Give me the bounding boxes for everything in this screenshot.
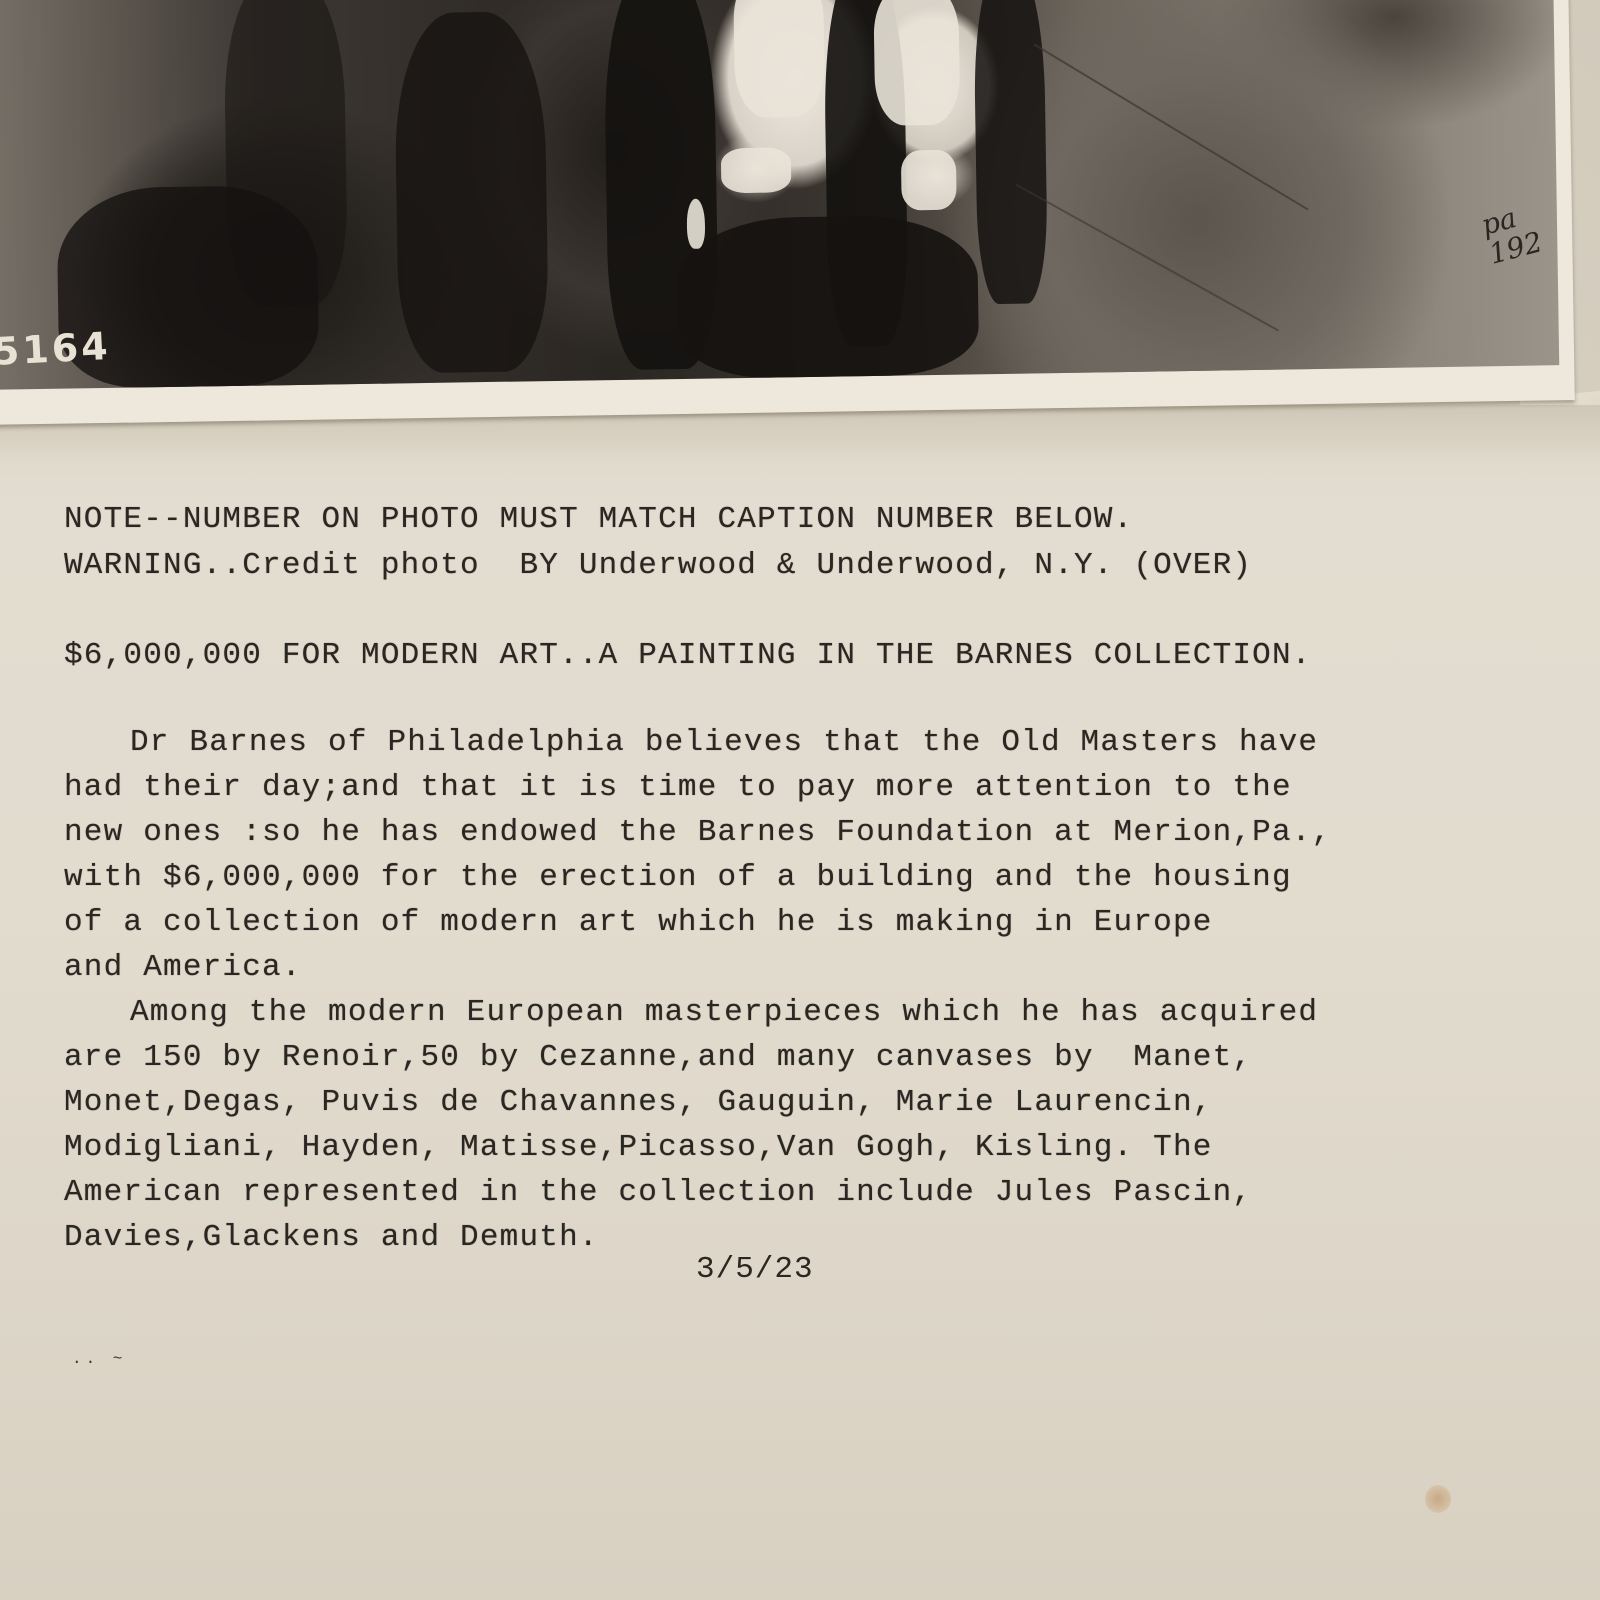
body-line: had their day;and that it is time to pay… <box>64 765 1331 810</box>
credit-warning-line: WARNING..Credit photo BY Underwood & Und… <box>64 548 1252 583</box>
press-photo: 5164 pa 192 <box>0 0 1575 425</box>
body-line: Monet,Degas, Puvis de Chavannes, Gauguin… <box>64 1080 1331 1125</box>
paper-stain <box>1425 1485 1451 1513</box>
caption-body: Dr Barnes of Philadelphia believes that … <box>64 720 1331 1260</box>
document-scene: 5164 pa 192 NOTE--NUMBER ON PHOTO MUST M… <box>0 0 1600 1600</box>
photo-number: 5164 <box>0 324 112 374</box>
body-line: Modigliani, Hayden, Matisse,Picasso,Van … <box>64 1125 1331 1170</box>
body-line: Dr Barnes of Philadelphia believes that … <box>64 720 1331 765</box>
note-line: NOTE--NUMBER ON PHOTO MUST MATCH CAPTION… <box>64 502 1133 537</box>
ink-smudge: .. ~ <box>72 1350 162 1360</box>
body-line: American represented in the collection i… <box>64 1170 1331 1215</box>
caption-date: 3/5/23 <box>696 1252 814 1287</box>
body-line: with $6,000,000 for the erection of a bu… <box>64 855 1331 900</box>
painting-reproduction <box>0 0 1559 390</box>
body-line: and America. <box>64 945 1331 990</box>
body-line: Among the modern European masterpieces w… <box>64 990 1331 1035</box>
caption-headline: $6,000,000 FOR MODERN ART..A PAINTING IN… <box>64 638 1312 673</box>
body-line: are 150 by Renoir,50 by Cezanne,and many… <box>64 1035 1331 1080</box>
body-line: new ones :so he has endowed the Barnes F… <box>64 810 1331 855</box>
body-line: of a collection of modern art which he i… <box>64 900 1331 945</box>
